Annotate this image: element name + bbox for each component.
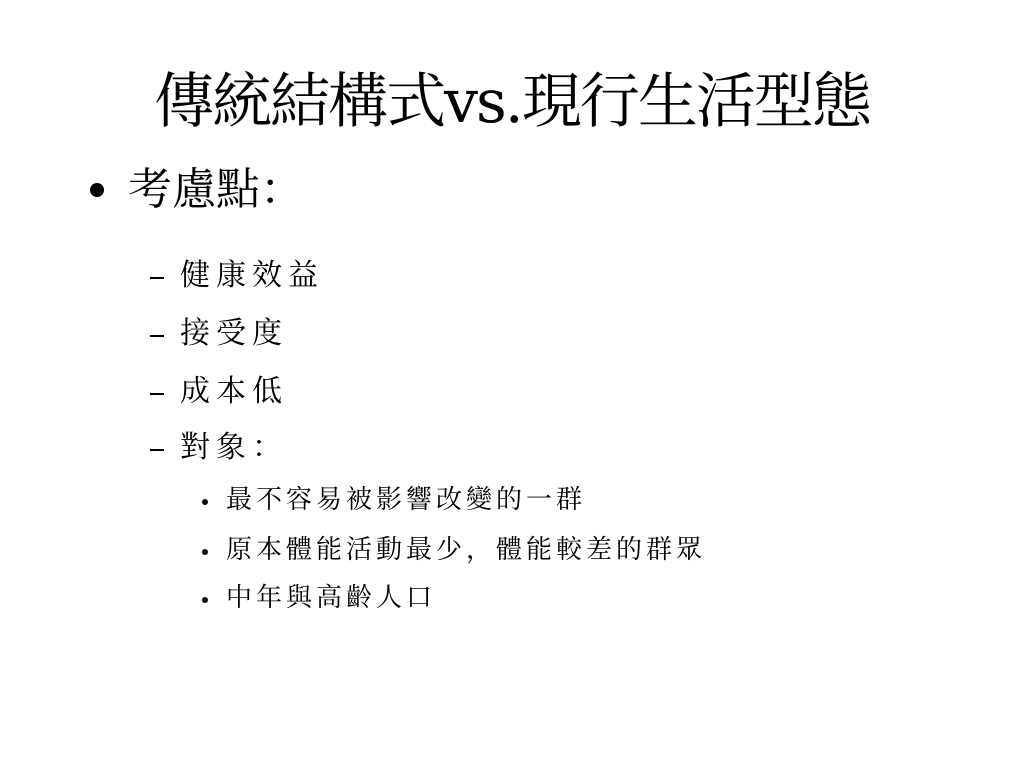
sub-bullet-text: 健康效益 xyxy=(180,256,324,296)
small-dot-bullet-icon xyxy=(202,499,208,505)
small-dot-bullet-icon xyxy=(202,549,208,555)
bullet-text: 考慮點： xyxy=(128,162,304,218)
dash-bullet-icon xyxy=(150,393,164,395)
sub-bullet-health-benefit: 健康效益 xyxy=(150,256,324,296)
bullet-item-considerations: 考慮點： xyxy=(88,162,304,218)
target-item-text: 中年與高齡人口 xyxy=(226,580,436,616)
sub-bullet-low-cost: 成本低 xyxy=(150,372,288,412)
dash-bullet-icon xyxy=(150,335,164,337)
slide-title: 傳統結構式vs.現行生活型態 xyxy=(0,62,1024,142)
dash-bullet-icon xyxy=(150,449,164,451)
sub-bullet-acceptance: 接受度 xyxy=(150,314,288,354)
small-dot-bullet-icon xyxy=(202,597,208,603)
target-item-resistant-group: 最不容易被影響改變的一群 xyxy=(200,482,586,518)
sub-bullet-text: 成本低 xyxy=(180,372,288,412)
sub-bullet-target: 對象： xyxy=(150,428,288,468)
sub-bullet-text: 對象： xyxy=(180,428,288,468)
dash-bullet-icon xyxy=(150,277,164,279)
target-item-text: 原本體能活動最少，體能較差的群眾 xyxy=(226,532,706,568)
filled-circle-bullet-icon xyxy=(90,183,104,197)
sub-bullet-text: 接受度 xyxy=(180,314,288,354)
target-item-middle-aged-elderly: 中年與高齡人口 xyxy=(200,580,436,616)
target-item-text: 最不容易被影響改變的一群 xyxy=(226,482,586,518)
presentation-slide: 傳統結構式vs.現行生活型態 考慮點： 健康效益 接受度 成本低 對象： 最不容… xyxy=(0,0,1024,768)
target-item-least-active: 原本體能活動最少，體能較差的群眾 xyxy=(200,532,706,568)
